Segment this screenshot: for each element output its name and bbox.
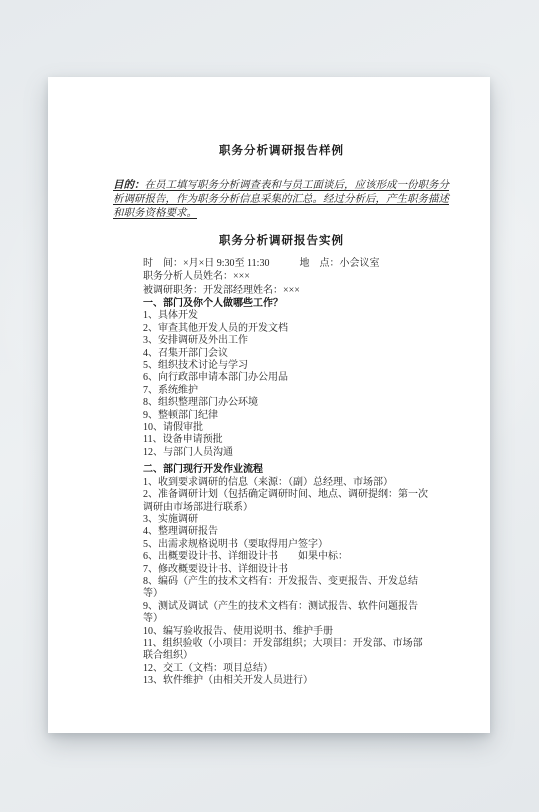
section-department-tasks: 一、部门及你个人做哪些工作？ 1、具体开发2、审查其他开发人员的开发文档3、安排… (143, 298, 432, 459)
doc-line: 7、修改概要设计书、详细设计书 (143, 564, 432, 576)
purpose-label: 目的： (113, 180, 145, 191)
doc-line: 12、交工（文档：项目总结） (143, 663, 432, 675)
document-sample-title: 职务分析调研报告样例 (113, 144, 450, 158)
purpose-paragraph: 目的：在员工填写职务分析调查表和与员工面谈后，应该形成一份职务分析调研报告，作为… (113, 179, 450, 222)
purpose-text: 在员工填写职务分析调查表和与员工面谈后，应该形成一份职务分析调研报告，作为职务分… (113, 180, 449, 219)
doc-line: 2、审查其他开发人员的开发文档 (143, 323, 432, 335)
doc-line: 3、安排调研及外出工作 (143, 335, 432, 347)
doc-line: 时 间：×月×日 9:30至 11:30 地 点：小会议室 (143, 257, 432, 271)
doc-line: 4、整理调研报告 (143, 526, 432, 538)
doc-line: 被调研职务：开发部经理姓名：××× (143, 284, 432, 298)
doc-line: 1、具体开发 (143, 310, 432, 322)
doc-line: 10、编写验收报告、使用说明书、维护手册 (143, 626, 432, 638)
doc-line: 2、准备调研计划（包括确定调研时间、地点、调研提纲：第一次调研由市场部进行联系） (143, 489, 432, 514)
doc-line: 6、向行政部申请本部门办公用品 (143, 372, 432, 384)
doc-line: 9、测试及调试（产生的技术文档有：测试报告、软件问题报告等） (143, 601, 432, 626)
doc-line: 7、系统维护 (143, 385, 432, 397)
doc-line: 10、请假审批 (143, 422, 432, 434)
document-example-title: 职务分析调研报告实例 (113, 234, 450, 248)
section-one-items: 1、具体开发2、审查其他开发人员的开发文档3、安排调研及外出工作4、召集开部门会… (143, 310, 432, 459)
doc-line: 5、组织技术讨论与学习 (143, 360, 432, 372)
doc-line: 职务分析人员姓名：××× (143, 270, 432, 284)
section-one-heading: 一、部门及你个人做哪些工作？ (143, 298, 432, 310)
doc-line: 3、实施调研 (143, 514, 432, 526)
document-content: 职务分析调研报告样例 目的：在员工填写职务分析调查表和与员工面谈后，应该形成一份… (48, 77, 490, 733)
doc-line: 13、软件维护（由相关开发人员进行） (143, 675, 432, 687)
doc-line: 8、编码（产生的技术文档有：开发报告、变更报告、开发总结等） (143, 576, 432, 601)
doc-line: 5、出需求规格说明书（要取得用户签字） (143, 539, 432, 551)
doc-line: 6、出概要设计书、详细设计书 如果中标： (143, 551, 432, 563)
section-dev-workflow: 二、部门现行开发作业流程 1、收到要求调研的信息（来源：（副）总经理、市场部）2… (143, 464, 432, 687)
meta-lines: 时 间：×月×日 9:30至 11:30 地 点：小会议室职务分析人员姓名：××… (143, 257, 432, 298)
canvas-background: 职务分析调研报告样例 目的：在员工填写职务分析调查表和与员工面谈后，应该形成一份… (0, 0, 539, 812)
section-two-heading: 二、部门现行开发作业流程 (143, 464, 432, 476)
document-page: 职务分析调研报告样例 目的：在员工填写职务分析调查表和与员工面谈后，应该形成一份… (48, 77, 490, 733)
doc-line: 4、召集开部门会议 (143, 348, 432, 360)
section-two-items: 1、收到要求调研的信息（来源：（副）总经理、市场部）2、准备调研计划（包括确定调… (143, 477, 432, 688)
doc-line: 11、组织验收（小项目：开发部组织；大项目：开发部、市场部联合组织） (143, 638, 432, 663)
document-body: 时 间：×月×日 9:30至 11:30 地 点：小会议室职务分析人员姓名：××… (143, 257, 432, 688)
doc-line: 1、收到要求调研的信息（来源：（副）总经理、市场部） (143, 477, 432, 489)
doc-line: 11、设备申请预批 (143, 434, 432, 446)
doc-line: 9、整顿部门纪律 (143, 410, 432, 422)
doc-line: 8、组织整理部门办公环境 (143, 397, 432, 409)
doc-line: 12、与部门人员沟通 (143, 447, 432, 459)
